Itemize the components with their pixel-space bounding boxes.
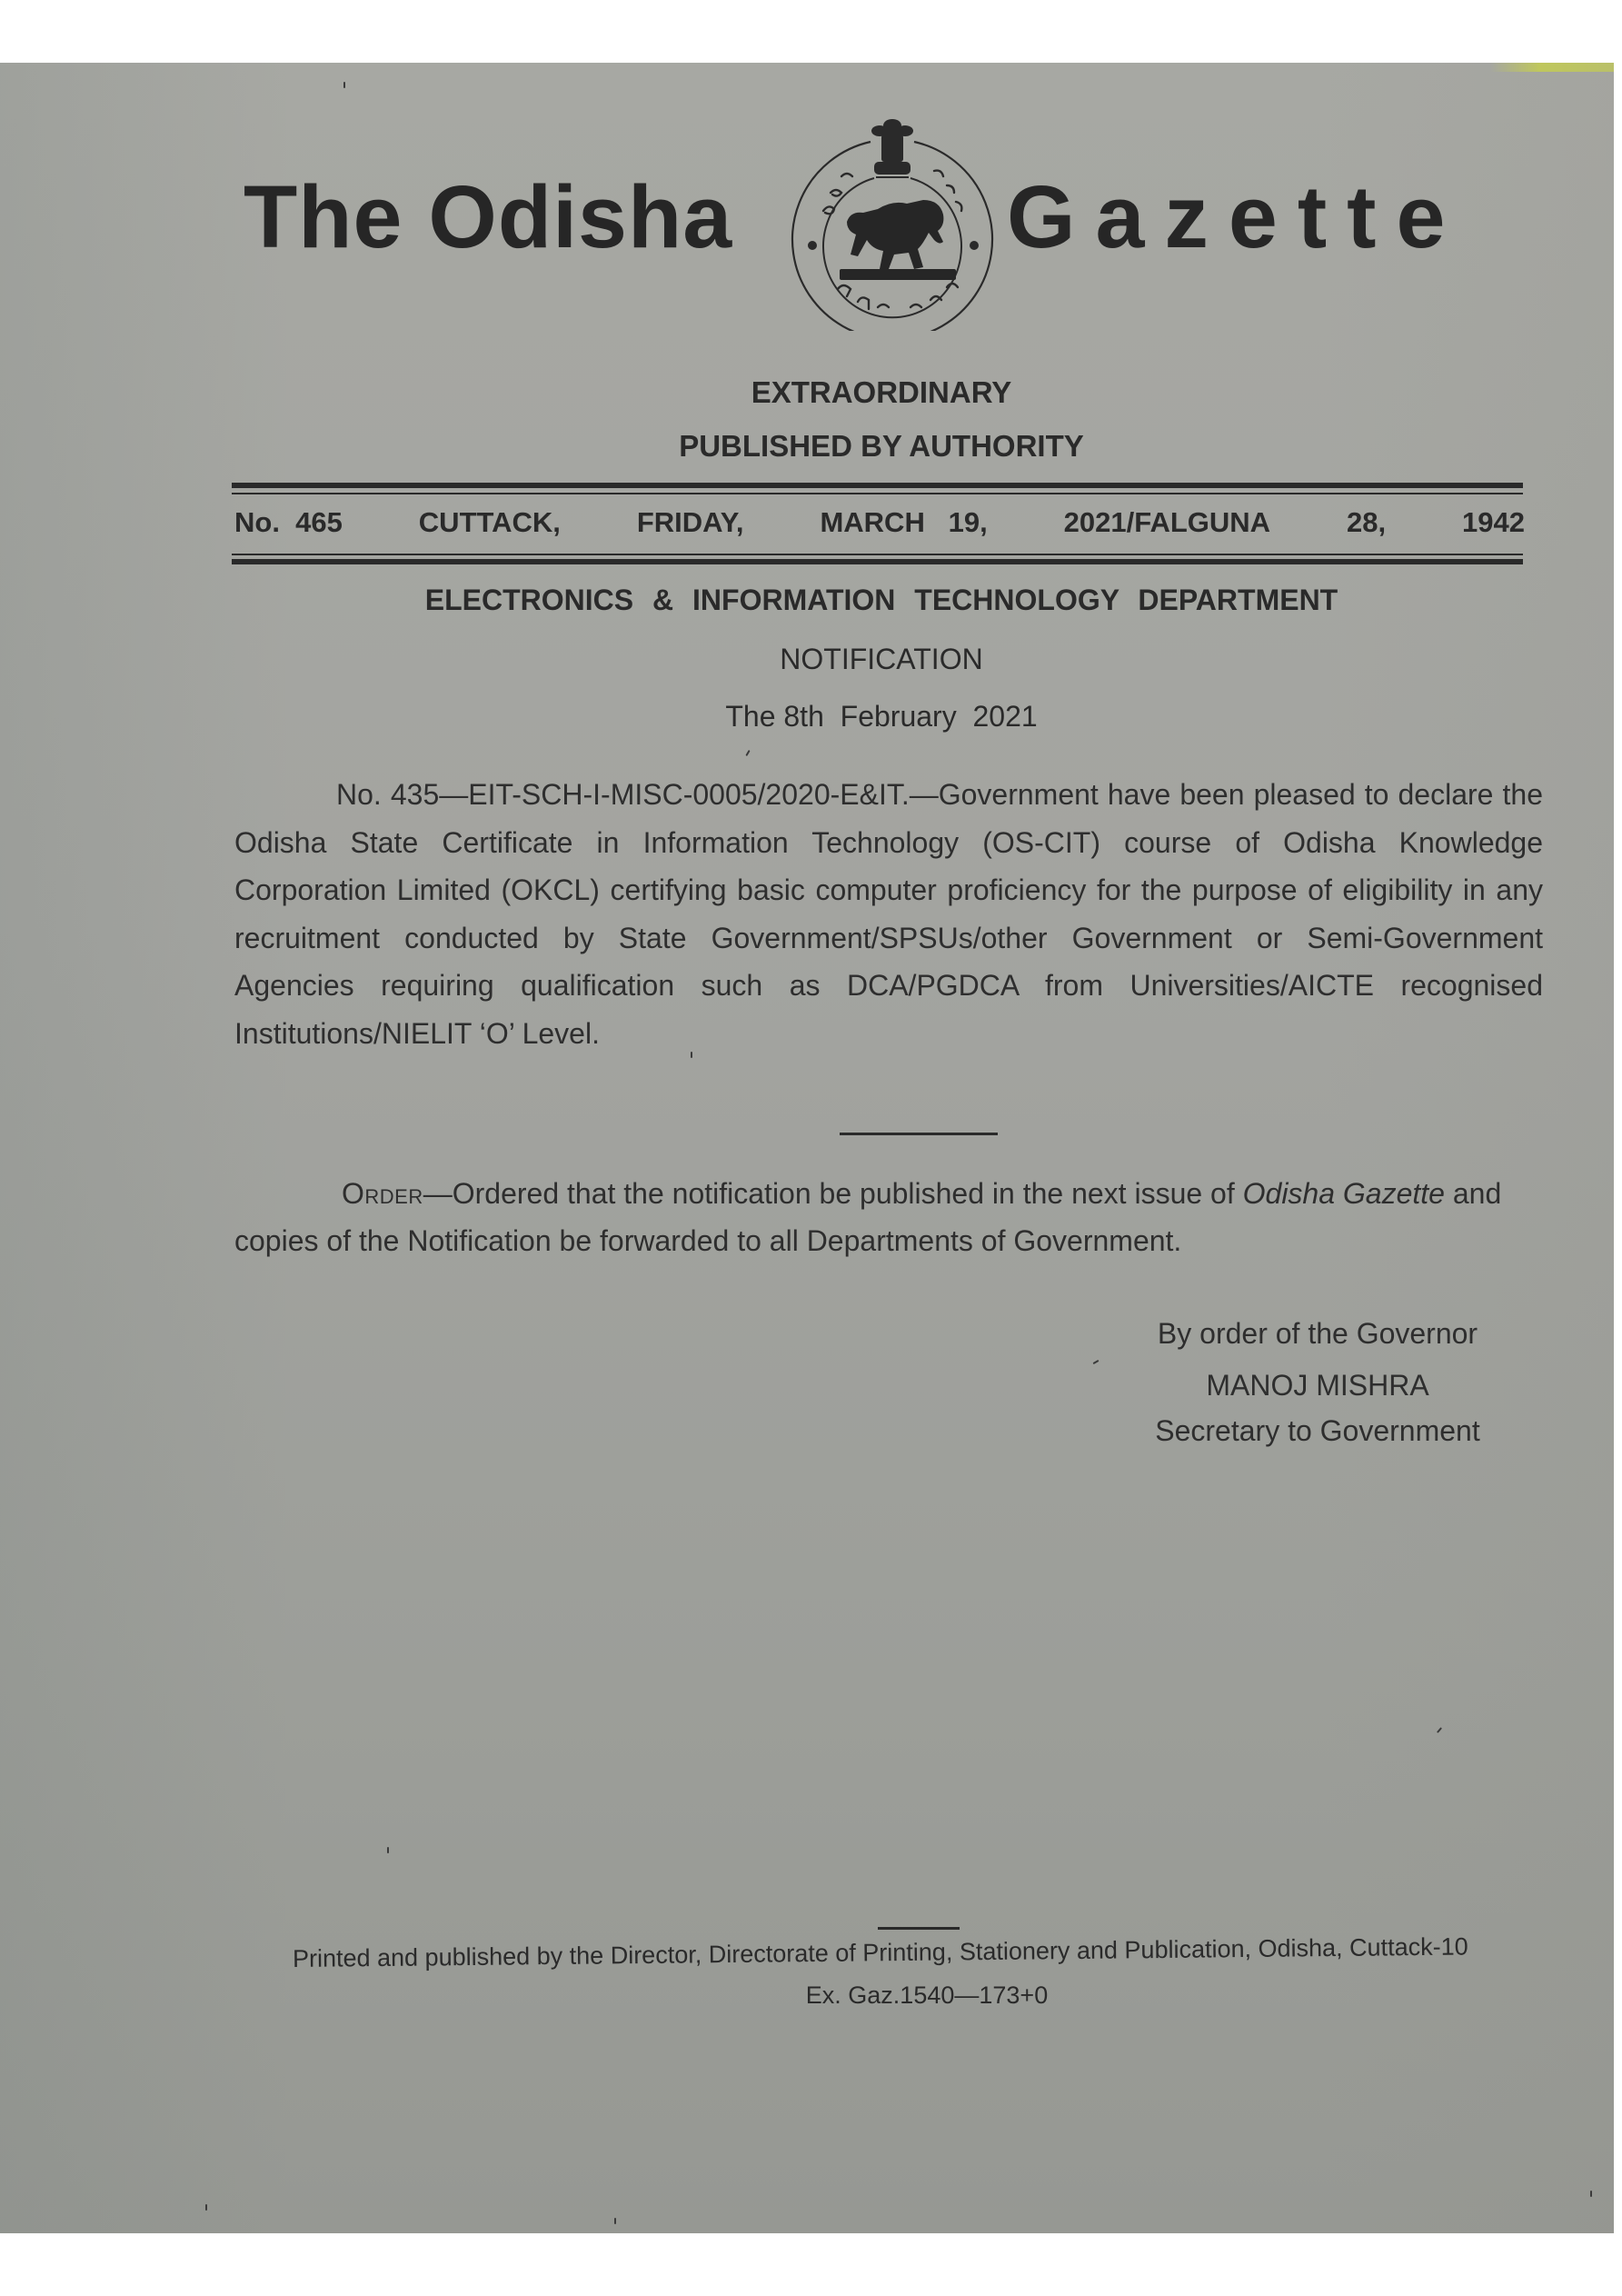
order-text-start: —Ordered that the notification be publis… bbox=[423, 1177, 1243, 1210]
header-rule-thin-bottom bbox=[232, 554, 1523, 555]
header-rule-thick-top bbox=[232, 483, 1523, 488]
issue-number: No. 465 bbox=[234, 506, 343, 539]
order-gazette-name: Odisha Gazette bbox=[1243, 1177, 1445, 1210]
department-heading: ELECTRONICS & INFORMATION TECHNOLOGY DEP… bbox=[0, 584, 1622, 617]
notification-heading: NOTIFICATION bbox=[0, 643, 1622, 676]
issue-saka-day: 28, bbox=[1347, 506, 1386, 539]
paper-speck bbox=[343, 82, 345, 88]
paper-speck bbox=[1590, 2191, 1592, 2197]
issue-year-saka-month: 2021/FALGUNA bbox=[1064, 506, 1270, 539]
masthead-title-right: Gazette bbox=[1007, 173, 1465, 261]
issue-date: MARCH 19, bbox=[820, 506, 987, 539]
issue-place: CUTTACK, bbox=[419, 506, 561, 539]
issue-saka-year: 1942 bbox=[1462, 506, 1525, 539]
published-by-label: PUBLISHED BY AUTHORITY bbox=[0, 429, 1622, 464]
signature-authority: By order of the Governor bbox=[1127, 1317, 1508, 1351]
header-rule-thin-top bbox=[232, 493, 1523, 494]
signatory-designation: Secretary to Government bbox=[1127, 1414, 1508, 1448]
odisha-emblem-icon bbox=[787, 113, 998, 331]
notification-body: No. 435—EIT-SCH-I-MISC-0005/2020-E&IT.—G… bbox=[234, 771, 1543, 1057]
issue-day: FRIDAY, bbox=[637, 506, 744, 539]
signatory-name: MANOJ MISHRA bbox=[1127, 1369, 1508, 1403]
issue-dateline: No. 465 CUTTACK, FRIDAY, MARCH 19, 2021/… bbox=[234, 506, 1525, 539]
paper-speck bbox=[387, 1847, 389, 1853]
edition-label: EXTRAORDINARY bbox=[0, 375, 1622, 410]
order-label: Order bbox=[342, 1177, 423, 1210]
tape-mark bbox=[1490, 63, 1614, 72]
masthead-title-left: The Odisha bbox=[244, 173, 732, 261]
gazette-code: Ex. Gaz.1540—173+0 bbox=[0, 1982, 1622, 2010]
paper-speck bbox=[205, 2204, 207, 2211]
footer-separator bbox=[878, 1927, 960, 1930]
paper-speck bbox=[614, 2218, 616, 2224]
header-rule-thick-bottom bbox=[232, 559, 1523, 564]
order-paragraph: Order—Ordered that the notification be p… bbox=[234, 1170, 1554, 1264]
notification-date: The 8th February 2021 bbox=[0, 700, 1622, 734]
paper-speck bbox=[691, 1052, 692, 1058]
section-separator bbox=[840, 1133, 998, 1135]
